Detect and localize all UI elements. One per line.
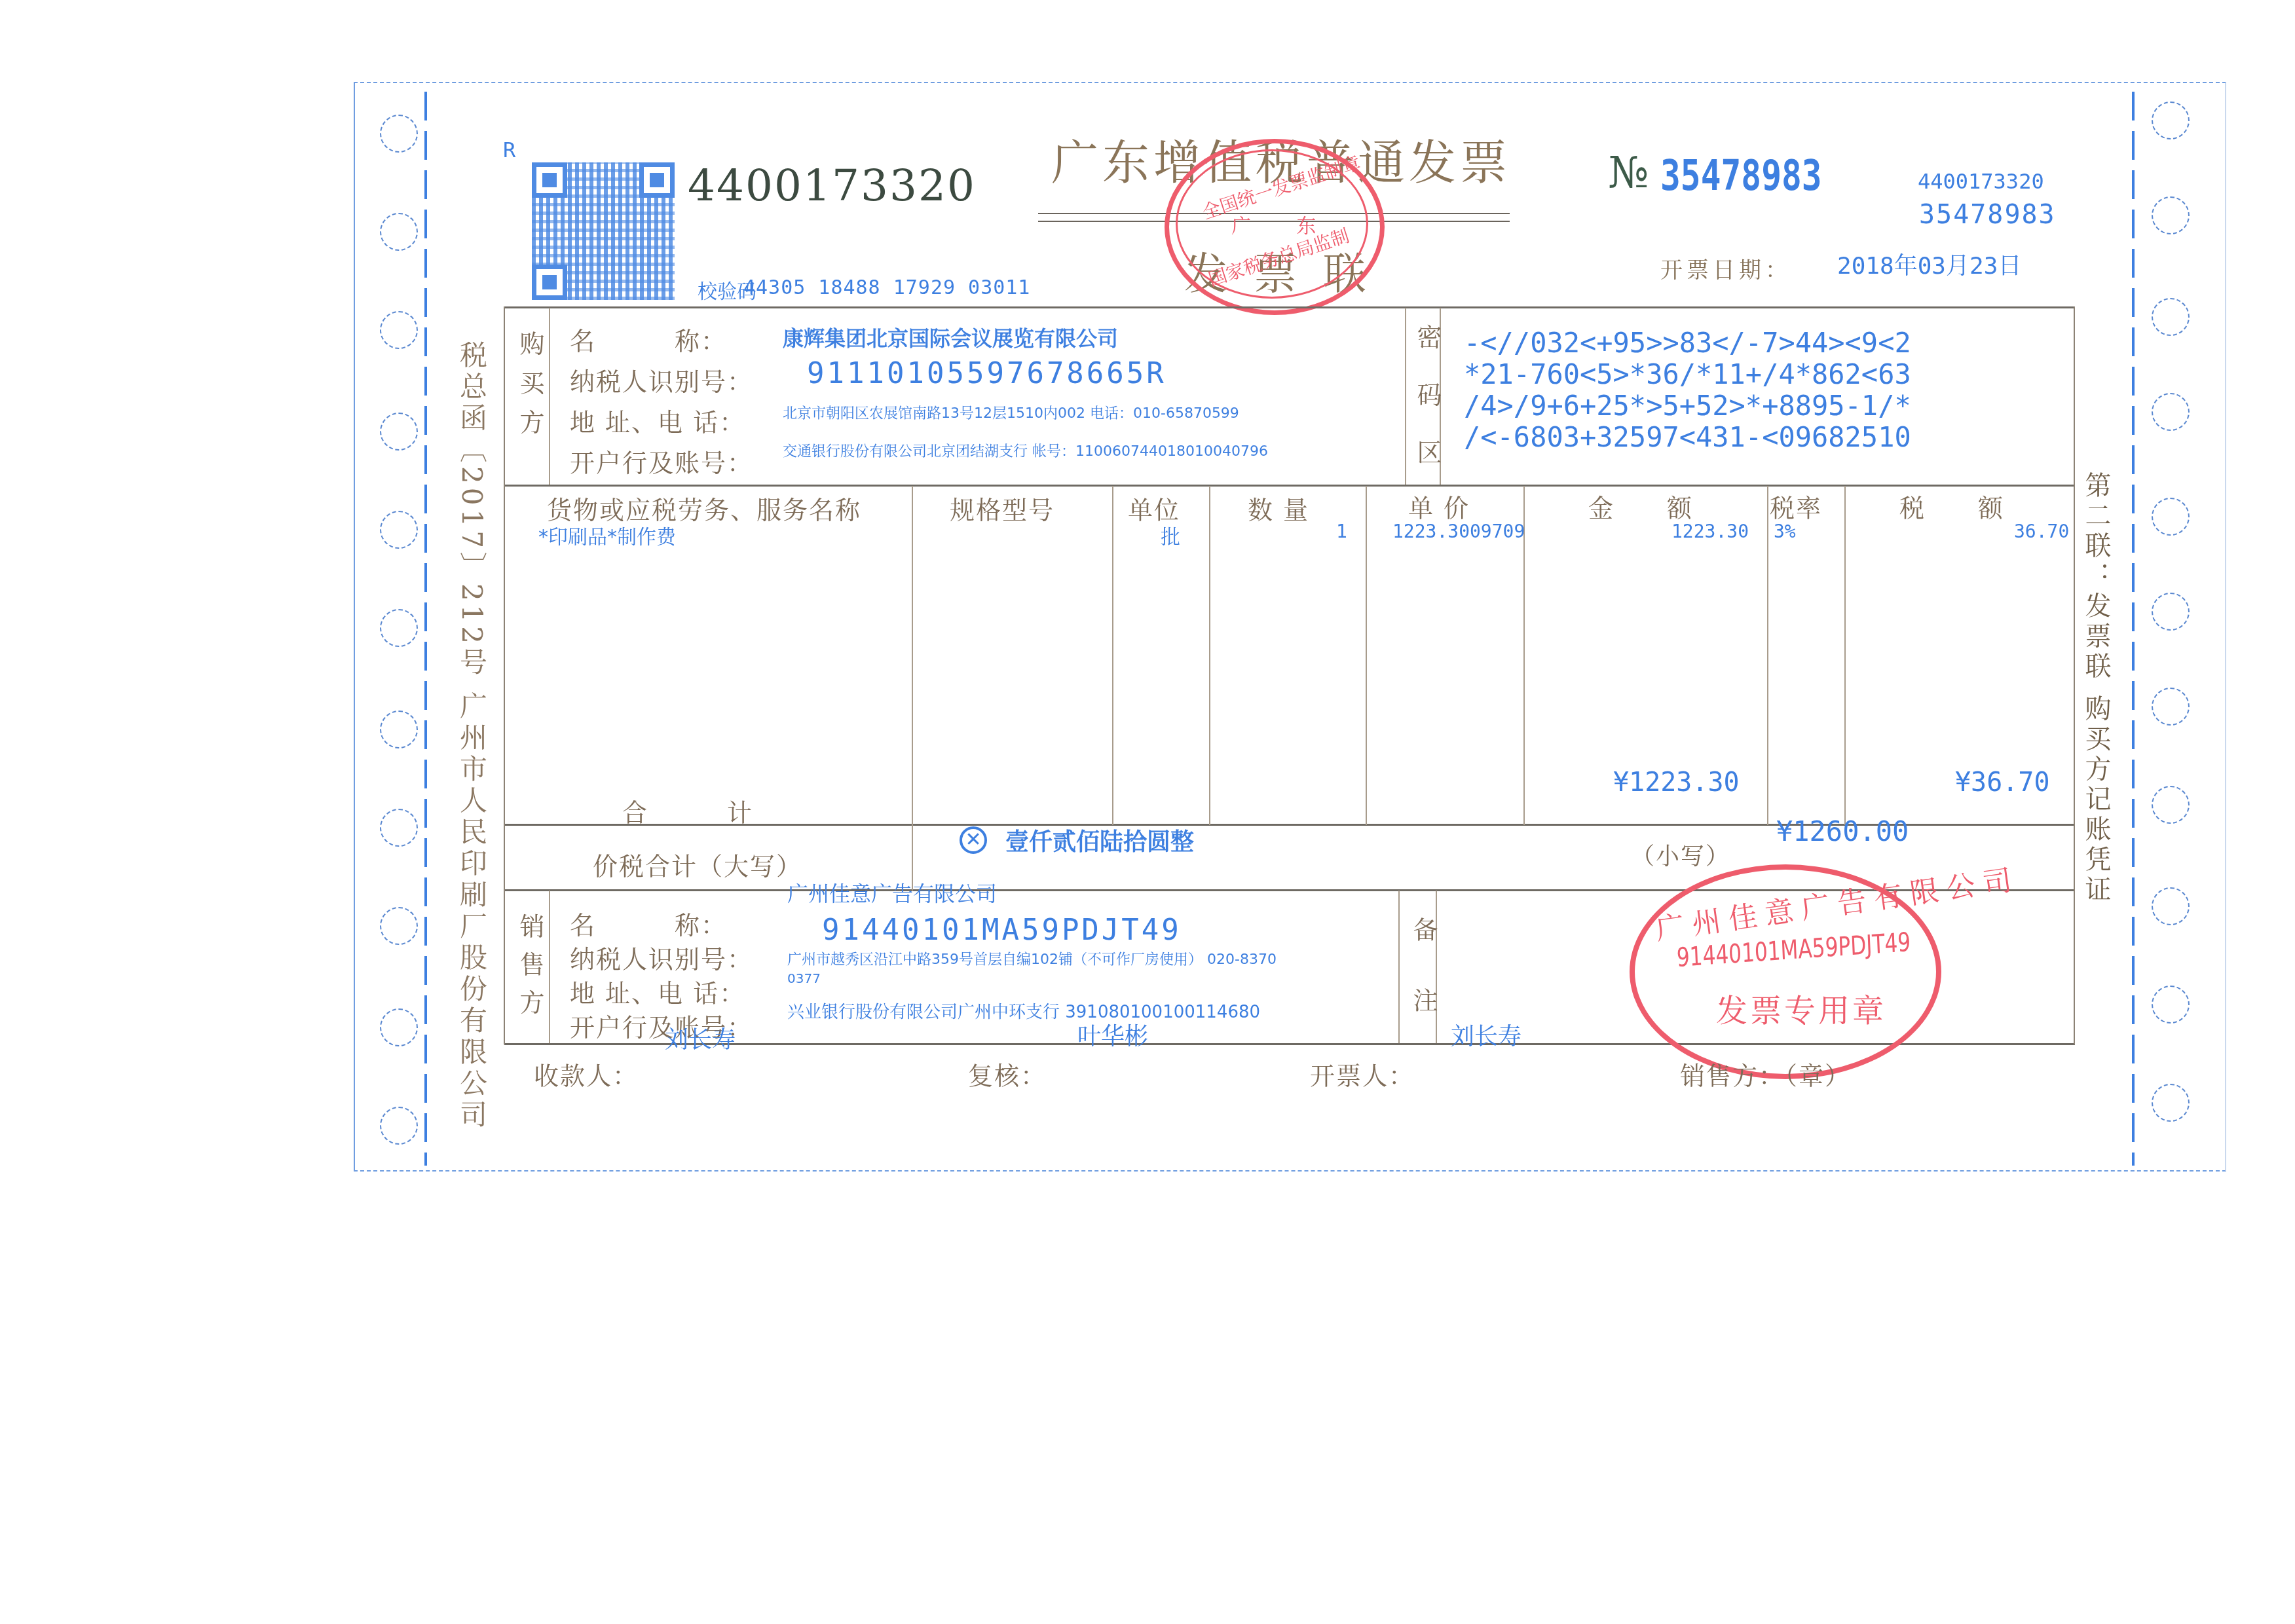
cipher-line: -<//032<+95>>83</-7>44><9<2	[1464, 327, 1911, 359]
grand-total-label: 价税合计（大写）	[593, 846, 802, 882]
grand-total-words: 壹仟贰佰陆拾圆整	[1005, 824, 1194, 857]
tractor-hole	[2152, 101, 2190, 139]
cell-divider	[549, 891, 550, 1043]
tractor-hole	[2152, 986, 2190, 1024]
reviewer-name: 叶华彬	[1077, 1018, 1148, 1052]
buyer-section-label: 购买方	[512, 331, 548, 449]
total-amount: ¥1223.30	[1613, 767, 1740, 798]
cell-divider	[1398, 891, 1400, 1043]
tractor-hole	[380, 609, 418, 647]
buyer-name: 康辉集团北京国际会议展览有限公司	[783, 322, 1118, 352]
cross-circle-icon: ✕	[960, 826, 987, 854]
seller-stamp-bottom-text: 发票专用章	[1716, 986, 1886, 1031]
tractor-hole	[2152, 593, 2190, 631]
r-mark: R	[503, 138, 515, 162]
tractor-hole	[380, 213, 418, 251]
cell-divider	[1767, 486, 1768, 825]
buyer-address-label: 地 址、电 话：	[570, 402, 745, 438]
payee-label: 收款人：	[534, 1056, 639, 1092]
col-header-spec: 规格型号	[950, 490, 1054, 526]
tractor-hole	[2152, 393, 2190, 431]
seller-address: 广州市越秀区沿江中路359号首层自编102铺（不可作厂房使用） 020-8370	[787, 948, 1277, 969]
seller-tax-id: 91440101MA59PDJT49	[822, 913, 1182, 947]
seller-bank: 兴业银行股份有限公司广州中环支行 391080100100114680	[787, 999, 1260, 1023]
table-border	[504, 485, 2075, 487]
cell-divider	[1844, 486, 1846, 825]
remarks-label: 备注	[1406, 917, 1442, 1058]
item-price: 1223.3009709	[1392, 521, 1525, 542]
tractor-hole	[2152, 786, 2190, 824]
cell-divider	[912, 486, 913, 891]
left-perforation	[424, 92, 427, 1166]
col-header-tax: 税 额	[1899, 488, 2004, 524]
date-label: 开票日期：	[1660, 252, 1791, 284]
issuer-label: 开票人：	[1310, 1056, 1415, 1092]
total-label: 合 计	[622, 792, 753, 828]
invoice-date: 2018年03月23日	[1837, 248, 2021, 281]
payee-name: 刘长寿	[665, 1022, 736, 1055]
tractor-hole	[2152, 887, 2190, 925]
cell-divider	[549, 308, 550, 485]
item-unit: 批	[1161, 521, 1180, 549]
cipher-text: -<//032<+95>>83</-7>44><9<2 *21-760<5>*3…	[1464, 327, 1911, 453]
invoice-code: 4400173320	[688, 160, 976, 211]
buyer-tax-id: 91110105597678665R	[807, 357, 1166, 390]
tractor-hole	[2152, 498, 2190, 536]
item-qty: 1	[1336, 521, 1347, 542]
table-border	[504, 306, 2075, 308]
col-header-amount: 金 额	[1588, 488, 1693, 524]
buyer-tax-id-label: 纳税人识别号：	[570, 361, 753, 397]
tractor-hole	[2152, 196, 2190, 234]
total-tax: ¥36.70	[1955, 767, 2050, 798]
cell-divider	[1366, 486, 1367, 825]
item-rate: 3%	[1774, 521, 1796, 542]
invoice-number: 35478983	[1660, 152, 1822, 200]
seller-name: 广州佳意广告有限公司	[787, 877, 997, 908]
tractor-hole	[380, 809, 418, 847]
tractor-hole	[380, 511, 418, 549]
tractor-hole	[2152, 298, 2190, 336]
side-invoice-code: 4400173320	[1918, 169, 2044, 194]
seller-seal-label: 销售方：（章）	[1680, 1056, 1851, 1092]
seller-address-label: 地 址、电 话：	[570, 973, 745, 1009]
copy-note: 第二联：发票联 购买方记账凭证	[2078, 471, 2115, 906]
cell-divider	[1405, 308, 1406, 485]
col-header-rate: 税率	[1770, 488, 1822, 524]
seller-name-label: 名 称：	[570, 905, 727, 941]
printer-note: 税总函〔2017〕212号 广州市人民印刷厂股份有限公司	[452, 341, 491, 1132]
qr-code	[532, 162, 675, 300]
table-border	[504, 306, 505, 1044]
col-header-qty: 数 量	[1248, 490, 1309, 526]
seller-section-label: 销售方	[512, 913, 548, 1027]
cipher-line: /4>/9+6+25*>5+52>*+8895-1/*	[1464, 390, 1911, 422]
check-code: 44305 18488 17929 03011	[743, 276, 1030, 299]
tractor-hole	[380, 1107, 418, 1145]
tractor-hole	[380, 311, 418, 349]
item-name: *印刷品*制作费	[538, 521, 676, 549]
tractor-hole	[380, 413, 418, 451]
right-perforation	[2132, 92, 2135, 1166]
cipher-line: *21-760<5>*36/*11+/4*862<63	[1464, 359, 1911, 390]
buyer-address: 北京市朝阳区农展馆南路13号12层1510内002 电话：010-6587059…	[783, 402, 1239, 422]
col-header-price: 单 价	[1408, 488, 1470, 524]
tractor-hole	[380, 115, 418, 153]
reviewer-label: 复核：	[968, 1056, 1047, 1092]
cipher-line: /<-6803+32597<431-<09682510	[1464, 422, 1911, 453]
issuer-name: 刘长寿	[1451, 1018, 1521, 1052]
grand-total-small-label: （小写）	[1631, 838, 1730, 872]
tractor-hole	[380, 710, 418, 748]
side-invoice-number: 35478983	[1919, 200, 2056, 230]
number-symbol: №	[1608, 147, 1649, 198]
buyer-bank-label: 开户行及账号：	[570, 443, 753, 479]
seller-tax-id-label: 纳税人识别号：	[570, 939, 753, 975]
tractor-hole	[380, 1008, 418, 1046]
cipher-label: 密码区	[1409, 324, 1446, 497]
tractor-hole	[2152, 688, 2190, 726]
cell-divider	[1209, 486, 1210, 825]
tractor-hole	[380, 907, 418, 945]
cell-divider	[1112, 486, 1113, 825]
tractor-hole	[2152, 1084, 2190, 1122]
buyer-name-label: 名 称：	[570, 321, 727, 357]
seller-address-cont: 0377	[787, 970, 821, 986]
buyer-bank: 交通银行股份有限公司北京团结湖支行 帐号：1100607440180100407…	[783, 440, 1268, 460]
table-border	[2074, 306, 2075, 1044]
grand-total-small-value: ¥1260.00	[1776, 815, 1909, 847]
item-tax: 36.70	[2014, 521, 2069, 542]
item-amount: 1223.30	[1671, 521, 1749, 542]
